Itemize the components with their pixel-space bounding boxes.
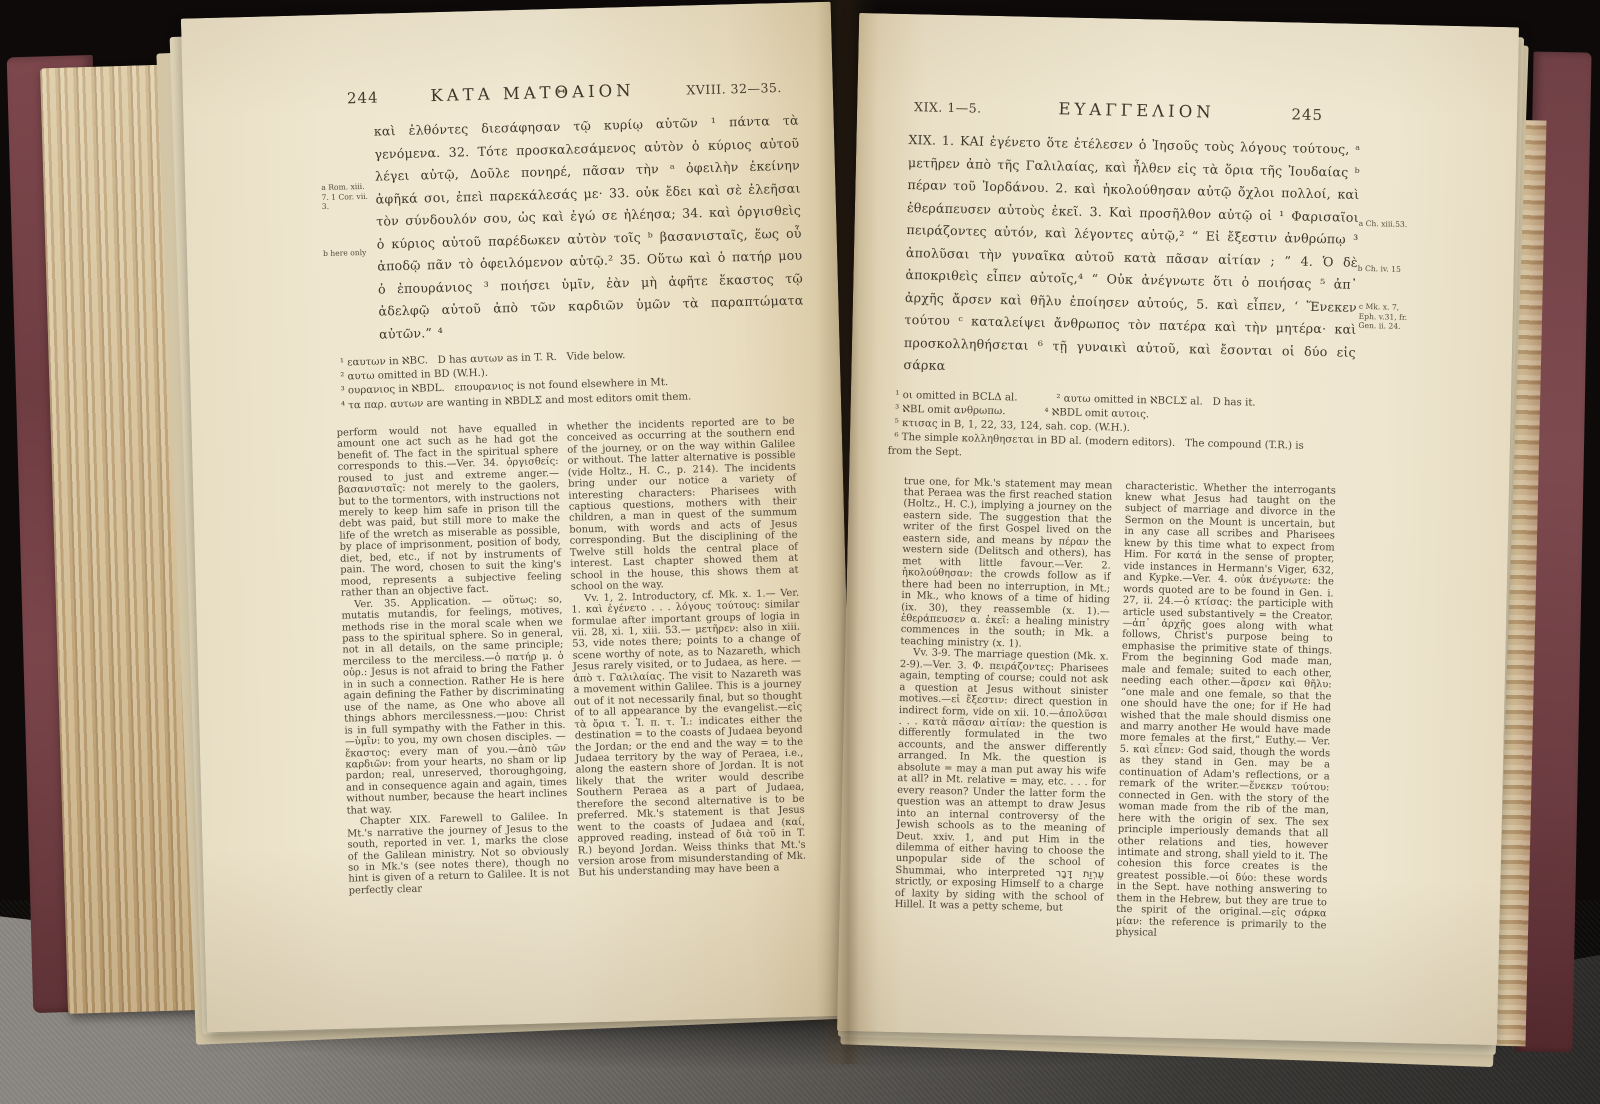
right-commentary: true one, for Mk.'s statement may mean t… bbox=[893, 476, 1336, 1009]
right-margin-note-a: a Ch. xiii.53. bbox=[1359, 219, 1417, 230]
left-page-header: 244 ΚΑΤΑ ΜΑΤΘΑΙΟΝ XVIII. 32—35. bbox=[323, 77, 798, 108]
left-margin-note-b: b here only bbox=[323, 248, 375, 259]
right-footnotes: ¹ οι omitted in BCLΔ al. ² αυτω omitted … bbox=[887, 388, 1356, 469]
photo-of-open-book: { "left_page": { "page_number": "244", "… bbox=[0, 0, 1600, 1104]
left-page: 244 ΚΑΤΑ ΜΑΤΘΑΙΟΝ XVIII. 32—35. καὶ ἐλθό… bbox=[181, 2, 857, 1033]
left-margin-note-a: a Rom. xiii. 7. 1 Cor. vii. 3. bbox=[321, 182, 374, 212]
right-commentary-column-1: true one, for Mk.'s statement may mean t… bbox=[893, 476, 1113, 1004]
left-greek-passage: καὶ ἐλθόντες διεσάφησαν τῷ κυρίῳ αὑτῶν ¹… bbox=[374, 110, 805, 346]
right-margin-note-b: b Ch. iv. 15 bbox=[1358, 264, 1416, 275]
left-verse-range: XVIII. 32—35. bbox=[686, 80, 782, 97]
left-page-number: 244 bbox=[347, 89, 379, 108]
left-commentary: perform would not have equalled in amoun… bbox=[337, 415, 821, 955]
right-page-header: XIX. 1—5. ΕΥΑΓΓΕΛΙΟΝ 245 bbox=[907, 96, 1357, 125]
right-greek-passage: XIX. 1. ΚΑΙ ἐγένετο ὅτε ἐτέλεσεν ὁ Ἰησοῦ… bbox=[903, 129, 1360, 386]
left-footnotes: ¹ εαυτων in ℵBC. D has αυτων as in T. R.… bbox=[340, 344, 806, 413]
right-commentary-column-2: characteristic. Whether the interrogants… bbox=[1114, 480, 1336, 1008]
right-margin-note-c: c Mk. x. 7, Eph. v.31, fr. Gen. ii. 24. bbox=[1358, 302, 1413, 332]
right-verse-range: XIX. 1—5. bbox=[914, 99, 982, 115]
left-commentary-column-2: whether the incidents reported are to be… bbox=[567, 416, 809, 950]
left-running-title: ΚΑΤΑ ΜΑΤΘΑΙΟΝ bbox=[430, 81, 635, 105]
right-page-number: 245 bbox=[1291, 105, 1323, 124]
right-page: XIX. 1—5. ΕΥΑΓΓΕΛΙΟΝ 245 XIX. 1. ΚΑΙ ἐγέ… bbox=[837, 13, 1519, 1045]
right-running-title: ΕΥΑΓΓΕΛΙΟΝ bbox=[1058, 99, 1215, 121]
left-commentary-column-1: perform would not have equalled in amoun… bbox=[337, 422, 572, 956]
